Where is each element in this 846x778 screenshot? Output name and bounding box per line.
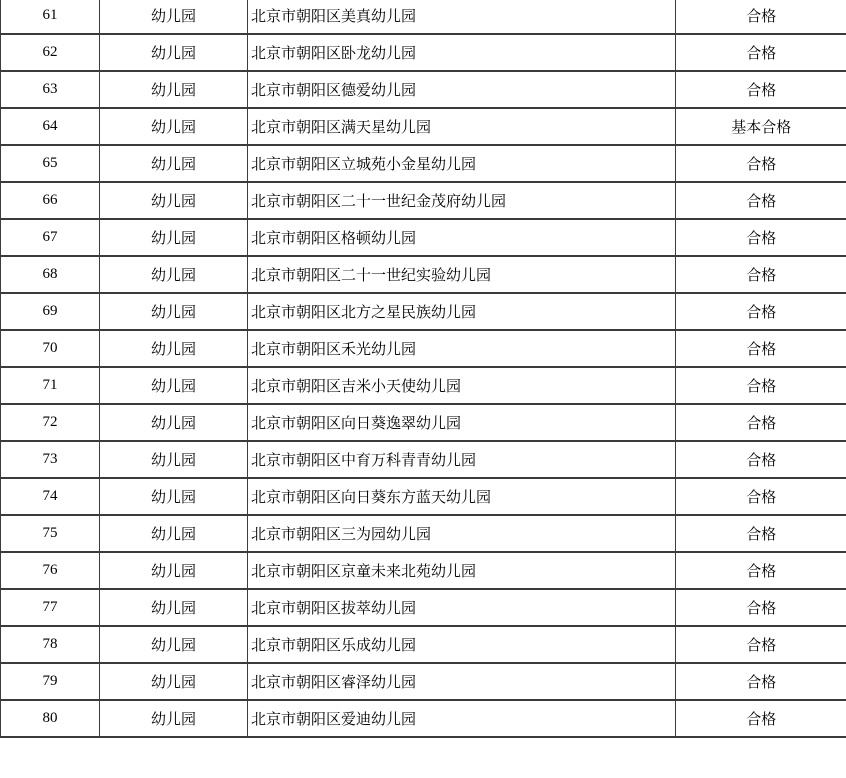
row-number-cell: 62 [1,34,100,71]
row-number-cell: 75 [1,515,100,552]
result-cell: 合格 [676,700,846,737]
category-cell: 幼儿园 [100,478,248,515]
school-name-cell: 北京市朝阳区乐成幼儿园 [248,626,676,663]
result-cell: 合格 [676,219,846,256]
result-cell: 合格 [676,293,846,330]
category-cell: 幼儿园 [100,515,248,552]
school-name-cell: 北京市朝阳区美真幼儿园 [248,0,676,34]
school-name-cell: 北京市朝阳区满天星幼儿园 [248,108,676,145]
school-name-cell: 北京市朝阳区禾光幼儿园 [248,330,676,367]
row-number-cell: 63 [1,71,100,108]
row-number-cell: 66 [1,182,100,219]
table-row: 64幼儿园北京市朝阳区满天星幼儿园基本合格 [1,108,846,145]
table-row: 80幼儿园北京市朝阳区爱迪幼儿园合格 [1,700,846,737]
school-name-cell: 北京市朝阳区拔萃幼儿园 [248,589,676,626]
school-name-cell: 北京市朝阳区格顿幼儿园 [248,219,676,256]
category-cell: 幼儿园 [100,441,248,478]
table-body: 61幼儿园北京市朝阳区美真幼儿园合格62幼儿园北京市朝阳区卧龙幼儿园合格63幼儿… [1,0,846,737]
school-name-cell: 北京市朝阳区中育万科青青幼儿园 [248,441,676,478]
result-cell: 合格 [676,182,846,219]
result-cell: 基本合格 [676,108,846,145]
category-cell: 幼儿园 [100,71,248,108]
row-number-cell: 76 [1,552,100,589]
category-cell: 幼儿园 [100,589,248,626]
row-number-cell: 65 [1,145,100,182]
table-row: 74幼儿园北京市朝阳区向日葵东方蓝天幼儿园合格 [1,478,846,515]
result-cell: 合格 [676,256,846,293]
school-name-cell: 北京市朝阳区三为园幼儿园 [248,515,676,552]
result-cell: 合格 [676,367,846,404]
school-name-cell: 北京市朝阳区向日葵逸翠幼儿园 [248,404,676,441]
category-cell: 幼儿园 [100,293,248,330]
row-number-cell: 64 [1,108,100,145]
table-row: 72幼儿园北京市朝阳区向日葵逸翠幼儿园合格 [1,404,846,441]
school-name-cell: 北京市朝阳区二十一世纪金茂府幼儿园 [248,182,676,219]
school-name-cell: 北京市朝阳区卧龙幼儿园 [248,34,676,71]
school-name-cell: 北京市朝阳区德爱幼儿园 [248,71,676,108]
category-cell: 幼儿园 [100,108,248,145]
category-cell: 幼儿园 [100,182,248,219]
category-cell: 幼儿园 [100,367,248,404]
row-number-cell: 77 [1,589,100,626]
row-number-cell: 78 [1,626,100,663]
result-cell: 合格 [676,404,846,441]
row-number-cell: 74 [1,478,100,515]
category-cell: 幼儿园 [100,700,248,737]
category-cell: 幼儿园 [100,219,248,256]
table-row: 70幼儿园北京市朝阳区禾光幼儿园合格 [1,330,846,367]
row-number-cell: 80 [1,700,100,737]
table-row: 75幼儿园北京市朝阳区三为园幼儿园合格 [1,515,846,552]
table-row: 79幼儿园北京市朝阳区睿泽幼儿园合格 [1,663,846,700]
table-row: 63幼儿园北京市朝阳区德爱幼儿园合格 [1,71,846,108]
category-cell: 幼儿园 [100,34,248,71]
school-name-cell: 北京市朝阳区二十一世纪实验幼儿园 [248,256,676,293]
table-row: 67幼儿园北京市朝阳区格顿幼儿园合格 [1,219,846,256]
table-row: 69幼儿园北京市朝阳区北方之星民族幼儿园合格 [1,293,846,330]
school-name-cell: 北京市朝阳区京童未来北苑幼儿园 [248,552,676,589]
table-row: 78幼儿园北京市朝阳区乐成幼儿园合格 [1,626,846,663]
table-row: 66幼儿园北京市朝阳区二十一世纪金茂府幼儿园合格 [1,182,846,219]
result-cell: 合格 [676,441,846,478]
result-cell: 合格 [676,71,846,108]
table-row: 76幼儿园北京市朝阳区京童未来北苑幼儿园合格 [1,552,846,589]
row-number-cell: 69 [1,293,100,330]
school-name-cell: 北京市朝阳区北方之星民族幼儿园 [248,293,676,330]
school-name-cell: 北京市朝阳区睿泽幼儿园 [248,663,676,700]
row-number-cell: 79 [1,663,100,700]
table-row: 65幼儿园北京市朝阳区立城苑小金星幼儿园合格 [1,145,846,182]
row-number-cell: 67 [1,219,100,256]
result-cell: 合格 [676,626,846,663]
category-cell: 幼儿园 [100,256,248,293]
table-row: 73幼儿园北京市朝阳区中育万科青青幼儿园合格 [1,441,846,478]
table-row: 61幼儿园北京市朝阳区美真幼儿园合格 [1,0,846,34]
document-table-viewport: 61幼儿园北京市朝阳区美真幼儿园合格62幼儿园北京市朝阳区卧龙幼儿园合格63幼儿… [0,0,846,778]
category-cell: 幼儿园 [100,552,248,589]
row-number-cell: 73 [1,441,100,478]
result-cell: 合格 [676,145,846,182]
row-number-cell: 61 [1,0,100,34]
category-cell: 幼儿园 [100,330,248,367]
result-cell: 合格 [676,478,846,515]
row-number-cell: 70 [1,330,100,367]
school-name-cell: 北京市朝阳区向日葵东方蓝天幼儿园 [248,478,676,515]
row-number-cell: 68 [1,256,100,293]
table-row: 77幼儿园北京市朝阳区拔萃幼儿园合格 [1,589,846,626]
result-cell: 合格 [676,589,846,626]
category-cell: 幼儿园 [100,145,248,182]
school-name-cell: 北京市朝阳区立城苑小金星幼儿园 [248,145,676,182]
result-cell: 合格 [676,0,846,34]
category-cell: 幼儿园 [100,404,248,441]
category-cell: 幼儿园 [100,0,248,34]
category-cell: 幼儿园 [100,626,248,663]
table-row: 68幼儿园北京市朝阳区二十一世纪实验幼儿园合格 [1,256,846,293]
school-name-cell: 北京市朝阳区爱迪幼儿园 [248,700,676,737]
result-cell: 合格 [676,552,846,589]
table-row: 71幼儿园北京市朝阳区吉米小天使幼儿园合格 [1,367,846,404]
kindergarten-inspection-table: 61幼儿园北京市朝阳区美真幼儿园合格62幼儿园北京市朝阳区卧龙幼儿园合格63幼儿… [0,0,846,738]
table-row: 62幼儿园北京市朝阳区卧龙幼儿园合格 [1,34,846,71]
row-number-cell: 72 [1,404,100,441]
result-cell: 合格 [676,330,846,367]
row-number-cell: 71 [1,367,100,404]
result-cell: 合格 [676,34,846,71]
school-name-cell: 北京市朝阳区吉米小天使幼儿园 [248,367,676,404]
result-cell: 合格 [676,663,846,700]
result-cell: 合格 [676,515,846,552]
category-cell: 幼儿园 [100,663,248,700]
